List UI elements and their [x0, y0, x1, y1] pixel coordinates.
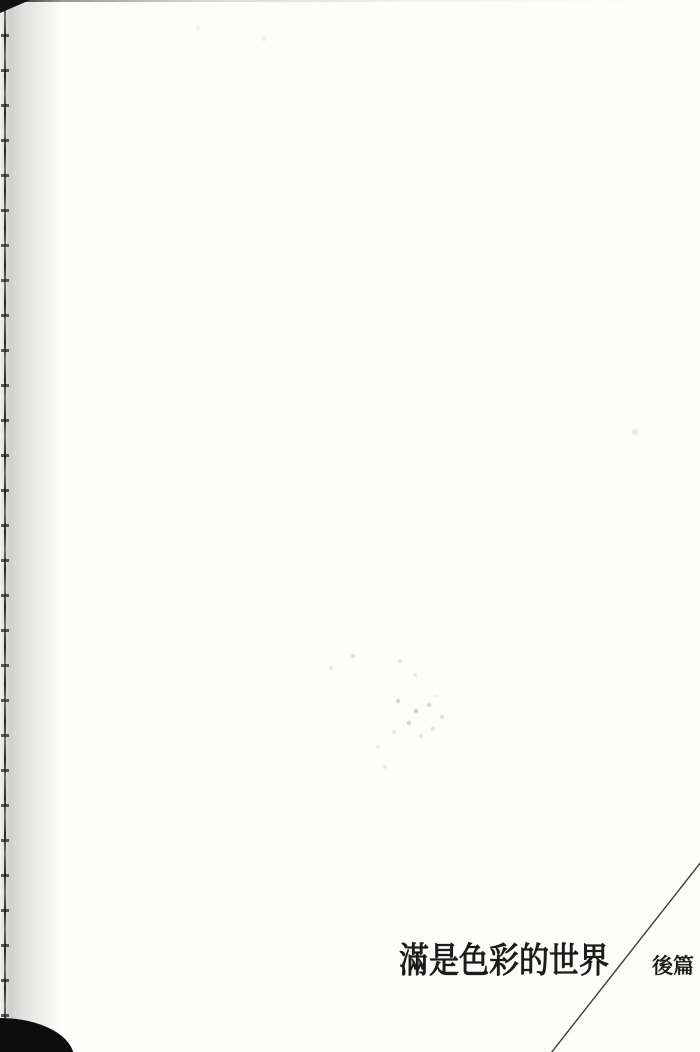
binding-shadow-gradient: [0, 0, 64, 1052]
binding-stitch-marks: [1, 6, 9, 1052]
page-top-edge-shadow: [0, 0, 700, 2]
chapter-part-label: 後篇: [652, 950, 694, 980]
diagonal-divider-line: [0, 0, 700, 1052]
chapter-title: 滿是色彩的世界: [399, 931, 609, 983]
scan-dust-specks: [0, 0, 2, 2]
scanned-book-page: 滿是色彩的世界 後篇: [0, 0, 700, 1052]
